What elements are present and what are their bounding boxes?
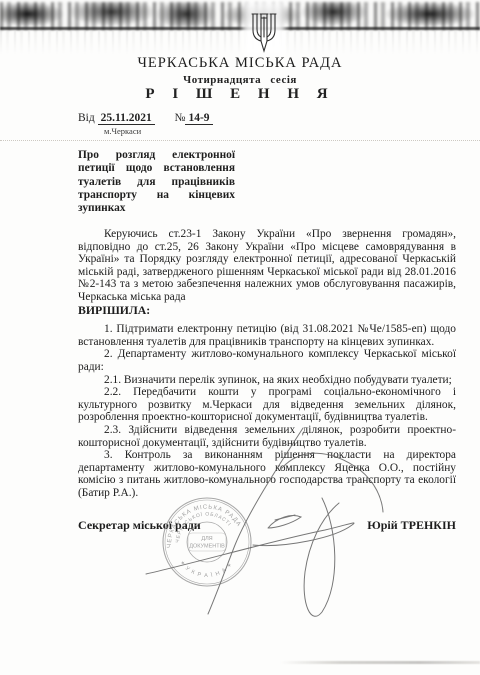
preamble-paragraph: Керуючись ст.23-1 Закону України «Про зв… xyxy=(78,228,456,304)
council-title: ЧЕРКАСЬКА МІСЬКА РАДА xyxy=(0,55,480,72)
from-label: Від xyxy=(78,112,95,124)
resolution-item-1: 1. Підтримати електронну петицію (від 31… xyxy=(78,323,456,348)
resolution-item-2-1: 2.1. Визначити перелік зупинок, на яких … xyxy=(78,374,456,387)
document-number: 14-9 xyxy=(185,112,212,125)
resolved-label: ВИРІШИЛА: xyxy=(78,304,456,317)
session-subtitle: Чотирнадцята сесія xyxy=(0,74,480,86)
document-meta-line: Від 25.11.2021 №14-9 xyxy=(78,112,213,124)
number-sign: № xyxy=(174,112,185,124)
subject-block: Про розгляд електронної петиції щодо вст… xyxy=(78,149,235,215)
city-label: м.Черкаси xyxy=(104,126,141,136)
scan-fold-line xyxy=(0,140,480,141)
scan-noise-line xyxy=(0,27,480,30)
document-date: 25.11.2021 xyxy=(98,112,155,125)
scan-bottom-streak xyxy=(280,661,480,664)
document-type-title: Р І Ш Е Н Н Я xyxy=(0,86,480,103)
scan-noise-band xyxy=(0,2,480,30)
scan-noise-fade xyxy=(0,31,480,55)
handwritten-signature xyxy=(125,408,390,638)
scanned-document-page: ЧЕРКАСЬКА МІСЬКА РАДА Чотирнадцята сесія… xyxy=(0,0,480,675)
ukraine-trident-icon xyxy=(249,12,279,54)
resolution-item-2: 2. Департаменту житлово-комунального ком… xyxy=(78,348,456,373)
